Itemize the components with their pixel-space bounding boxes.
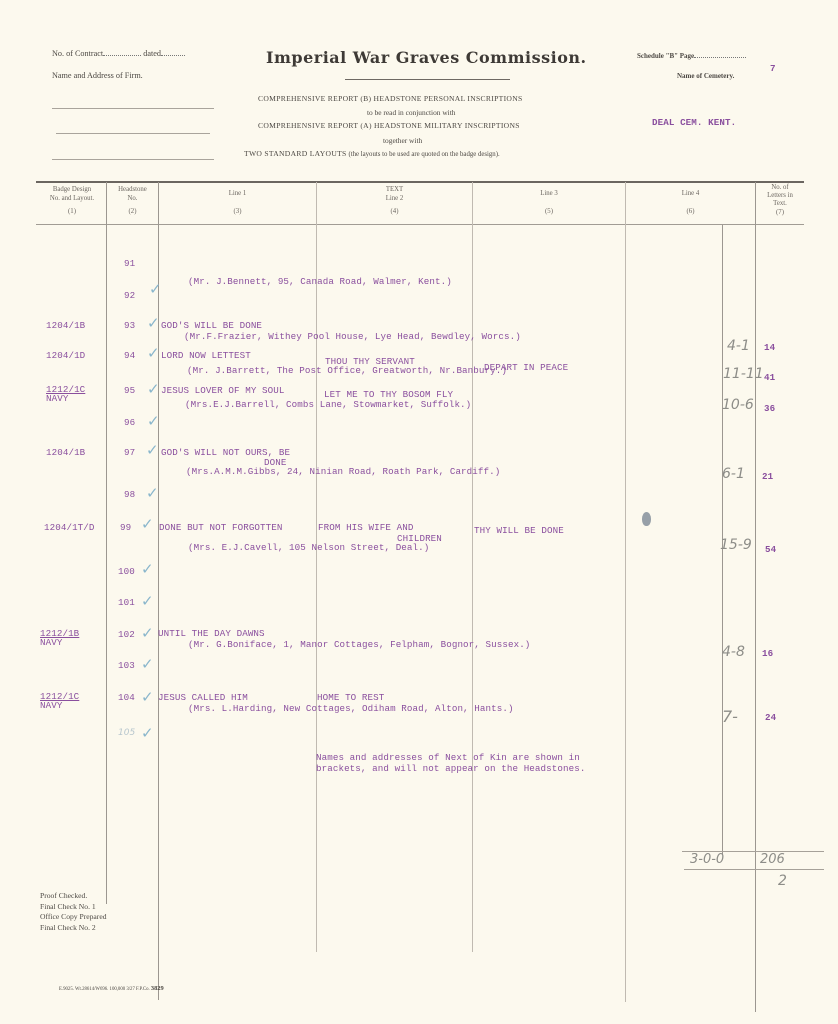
layouts-note: (the layouts to be used are quoted on th… [348, 151, 499, 158]
ink-blot [642, 512, 651, 526]
check-mark-icon: ✓ [147, 314, 160, 332]
cemetery-label: Name of Cemetery. [677, 72, 734, 80]
col-number-7: (7) [756, 209, 804, 217]
cost-value: 10-6 [722, 397, 754, 413]
headstone-no: 105 [118, 728, 135, 738]
cost-value: 11-11 [723, 366, 764, 382]
next-of-kin: (Mr. G.Boniface, 1, Manor Cottages, Felp… [188, 639, 530, 650]
headstone-no: 96 [124, 417, 135, 428]
note-line-1: Names and addresses of Next of Kin are s… [316, 752, 585, 763]
badge-service: NAVY [40, 700, 62, 711]
next-of-kin-note: Names and addresses of Next of Kin are s… [316, 752, 585, 774]
badge-service: NAVY [40, 637, 62, 648]
col-divider-3 [316, 182, 317, 952]
inscription-line1: UNTIL THE DAY DAWNS [158, 628, 265, 639]
read-with-label: to be read in conjunction with [367, 108, 455, 117]
col-header-letters: No. of Letters in Text. (7) [756, 184, 804, 217]
table-top-rule [36, 181, 804, 183]
check-mark-icon: ✓ [149, 280, 162, 298]
col-header-letters-a: No. of [756, 184, 804, 192]
col-header-letters-b: Letters in [756, 192, 804, 200]
badge-design: 1204/1D [46, 350, 85, 361]
office-copy-label: Office Copy Prepared [40, 912, 107, 923]
check-mark-icon: ✓ [141, 655, 154, 673]
letter-count: 41 [764, 372, 775, 383]
col-header-headstone-b: No. [107, 194, 158, 203]
check-mark-icon: ✓ [141, 724, 154, 742]
firm-line-3 [52, 159, 214, 160]
col-header-text: TEXT [317, 185, 472, 194]
report-page: No. of Contract dated Name and Address o… [0, 0, 838, 1024]
together-label: together with [383, 136, 422, 145]
headstone-no: 101 [118, 597, 135, 608]
headstone-no: 99 [120, 522, 131, 533]
cost-value: 6-1 [722, 466, 745, 482]
next-of-kin: (Mrs.E.J.Barrell, Combs Lane, Stowmarket… [185, 399, 471, 410]
headstone-no: 97 [124, 447, 135, 458]
next-of-kin: (Mrs.A.M.M.Gibbs, 24, Ninian Road, Roath… [186, 466, 500, 477]
col-header-line1: Line 1 (3) [159, 189, 316, 216]
letter-count: 54 [765, 544, 776, 555]
dated-label: dated [143, 49, 161, 58]
headstone-no: 93 [124, 320, 135, 331]
schedule-blank [694, 57, 746, 58]
col-header-badge-a: Badge Design [38, 185, 106, 194]
badge-design: 1204/1T/D [44, 522, 95, 533]
schedule-field: Schedule "B" Page [637, 52, 746, 60]
report-b-label: COMPREHENSIVE REPORT (B) HEADSTONE PERSO… [258, 94, 523, 103]
check-mark-icon: ✓ [147, 412, 160, 430]
final-check-1-label: Final Check No. 1 [40, 902, 107, 913]
letter-count: 21 [762, 471, 773, 482]
headstone-no: 92 [124, 290, 135, 301]
page-title: Imperial War Graves Commission. [266, 48, 587, 67]
next-of-kin: (Mr.F.Frazier, Withey Pool House, Lye He… [184, 331, 521, 342]
inscription-line1: LORD NOW LETTEST [161, 350, 251, 361]
col-header-badge-b: No. and Layout. [38, 194, 106, 203]
col-divider-6 [755, 182, 756, 1012]
col-divider-2 [158, 182, 159, 1000]
check-mark-icon: ✓ [141, 624, 154, 642]
title-rule [345, 79, 510, 80]
col-divider-5 [625, 182, 626, 1002]
firm-line-1 [52, 108, 214, 109]
letter-count: 14 [764, 342, 775, 353]
col-number-5: (5) [473, 207, 625, 216]
next-of-kin: (Mrs. L.Harding, New Cottages, Odiham Ro… [188, 703, 514, 714]
print-code-text: E.9025. Wt.28614/W696. 100,000 3/27 F.P.… [59, 987, 150, 992]
col-number-2: (2) [107, 207, 158, 216]
page-number: 7 [770, 63, 776, 74]
firm-line-2 [56, 133, 210, 134]
inscription-line1: DONE BUT NOT FORGOTTEN [159, 522, 283, 533]
report-a-label: COMPREHENSIVE REPORT (A) HEADSTONE MILIT… [258, 121, 520, 130]
cost-total: 3-0-0 [690, 852, 724, 867]
check-mark-icon: ✓ [141, 592, 154, 610]
dated-blank [161, 55, 185, 56]
headstone-no: 100 [118, 566, 135, 577]
col-header-line2-label: Line 2 [317, 194, 472, 203]
firm-label: Name and Address of Firm. [52, 71, 143, 80]
letters-total: 206 [760, 852, 785, 867]
inscription-line1: JESUS CALLED HIM [158, 692, 248, 703]
next-of-kin: (Mr. J.Barrett, The Post Office, Greatwo… [187, 365, 507, 376]
letter-count: 24 [765, 712, 776, 723]
inscription-line2: FROM HIS WIFE AND [318, 522, 413, 533]
cost-value: 15-9 [720, 537, 752, 553]
badge-design: 1204/1B [46, 320, 85, 331]
schedule-label: Schedule "B" Page [637, 52, 694, 60]
inscription-line1: GOD'S WILL BE DONE [161, 320, 262, 331]
headstone-no: 98 [124, 489, 135, 500]
col-header-headstone: Headstone No. (2) [107, 185, 158, 216]
cemetery-name: DEAL CEM. KENT. [652, 117, 736, 128]
col-header-line1-label: Line 1 [159, 189, 316, 198]
check-mark-icon: ✓ [146, 441, 159, 459]
col-header-headstone-a: Headstone [107, 185, 158, 194]
headstone-no: 94 [124, 350, 135, 361]
check-mark-icon: ✓ [147, 344, 160, 362]
col-header-line2: TEXT Line 2 (4) [317, 185, 472, 216]
contract-blank [103, 55, 141, 56]
headstone-no: 102 [118, 629, 135, 640]
check-mark-icon: ✓ [146, 484, 159, 502]
check-mark-icon: ✓ [147, 380, 160, 398]
col-divider-1 [106, 182, 107, 904]
col-number-1: (1) [38, 207, 106, 216]
totals-bottom-rule [684, 869, 824, 870]
note-line-2: brackets, and will not appear on the Hea… [316, 763, 585, 774]
sheet-mark: 2 [778, 873, 787, 889]
check-mark-icon: ✓ [141, 688, 154, 706]
col-number-3: (3) [159, 207, 316, 216]
headstone-no: 91 [124, 258, 135, 269]
table-header-rule [36, 224, 804, 225]
final-check-2-label: Final Check No. 2 [40, 923, 107, 934]
col-header-badge: Badge Design No. and Layout. (1) [38, 185, 106, 216]
col-header-line3: Line 3 (5) [473, 189, 625, 216]
col-header-line3-label: Line 3 [473, 189, 625, 198]
col-header-letters-c: Text. [756, 200, 804, 208]
cost-value: 7- [722, 707, 738, 726]
badge-service: NAVY [46, 393, 68, 404]
col-header-line4-label: Line 4 [626, 189, 755, 198]
inscription-line1: JESUS LOVER OF MY SOUL [161, 385, 285, 396]
layouts-label: TWO STANDARD LAYOUTS (the layouts to be … [244, 149, 500, 158]
layouts-text: TWO STANDARD LAYOUTS [244, 149, 347, 158]
inscription-line2: HOME TO REST [317, 692, 384, 703]
next-of-kin: (Mrs. E.J.Cavell, 105 Nelson Street, Dea… [188, 542, 429, 553]
cost-value: 4-8 [722, 644, 745, 660]
contract-label: No. of Contract [52, 49, 103, 58]
col-divider-4 [472, 182, 473, 952]
col-number-4: (4) [317, 207, 472, 216]
proof-checked-label: Proof Checked. [40, 891, 107, 902]
check-mark-icon: ✓ [141, 515, 154, 533]
print-code: E.9025. Wt.28614/W696. 100,000 3/27 F.P.… [59, 985, 164, 992]
col-header-line4: Line 4 (6) [626, 189, 755, 216]
check-mark-icon: ✓ [141, 560, 154, 578]
headstone-no: 103 [118, 660, 135, 671]
print-number: 3829 [151, 985, 164, 992]
cost-value: 4-1 [727, 338, 750, 354]
next-of-kin: (Mr. J.Bennett, 95, Canada Road, Walmer,… [188, 276, 452, 287]
col-number-6: (6) [626, 207, 755, 216]
letter-count: 16 [762, 648, 773, 659]
check-list: Proof Checked. Final Check No. 1 Office … [40, 891, 107, 933]
contract-field: No. of Contract dated [52, 49, 185, 58]
badge-design: 1204/1B [46, 447, 85, 458]
headstone-no: 95 [124, 385, 135, 396]
headstone-no: 104 [118, 692, 135, 703]
letter-count: 36 [764, 403, 775, 414]
inscription-line3: THY WILL BE DONE [474, 525, 564, 536]
